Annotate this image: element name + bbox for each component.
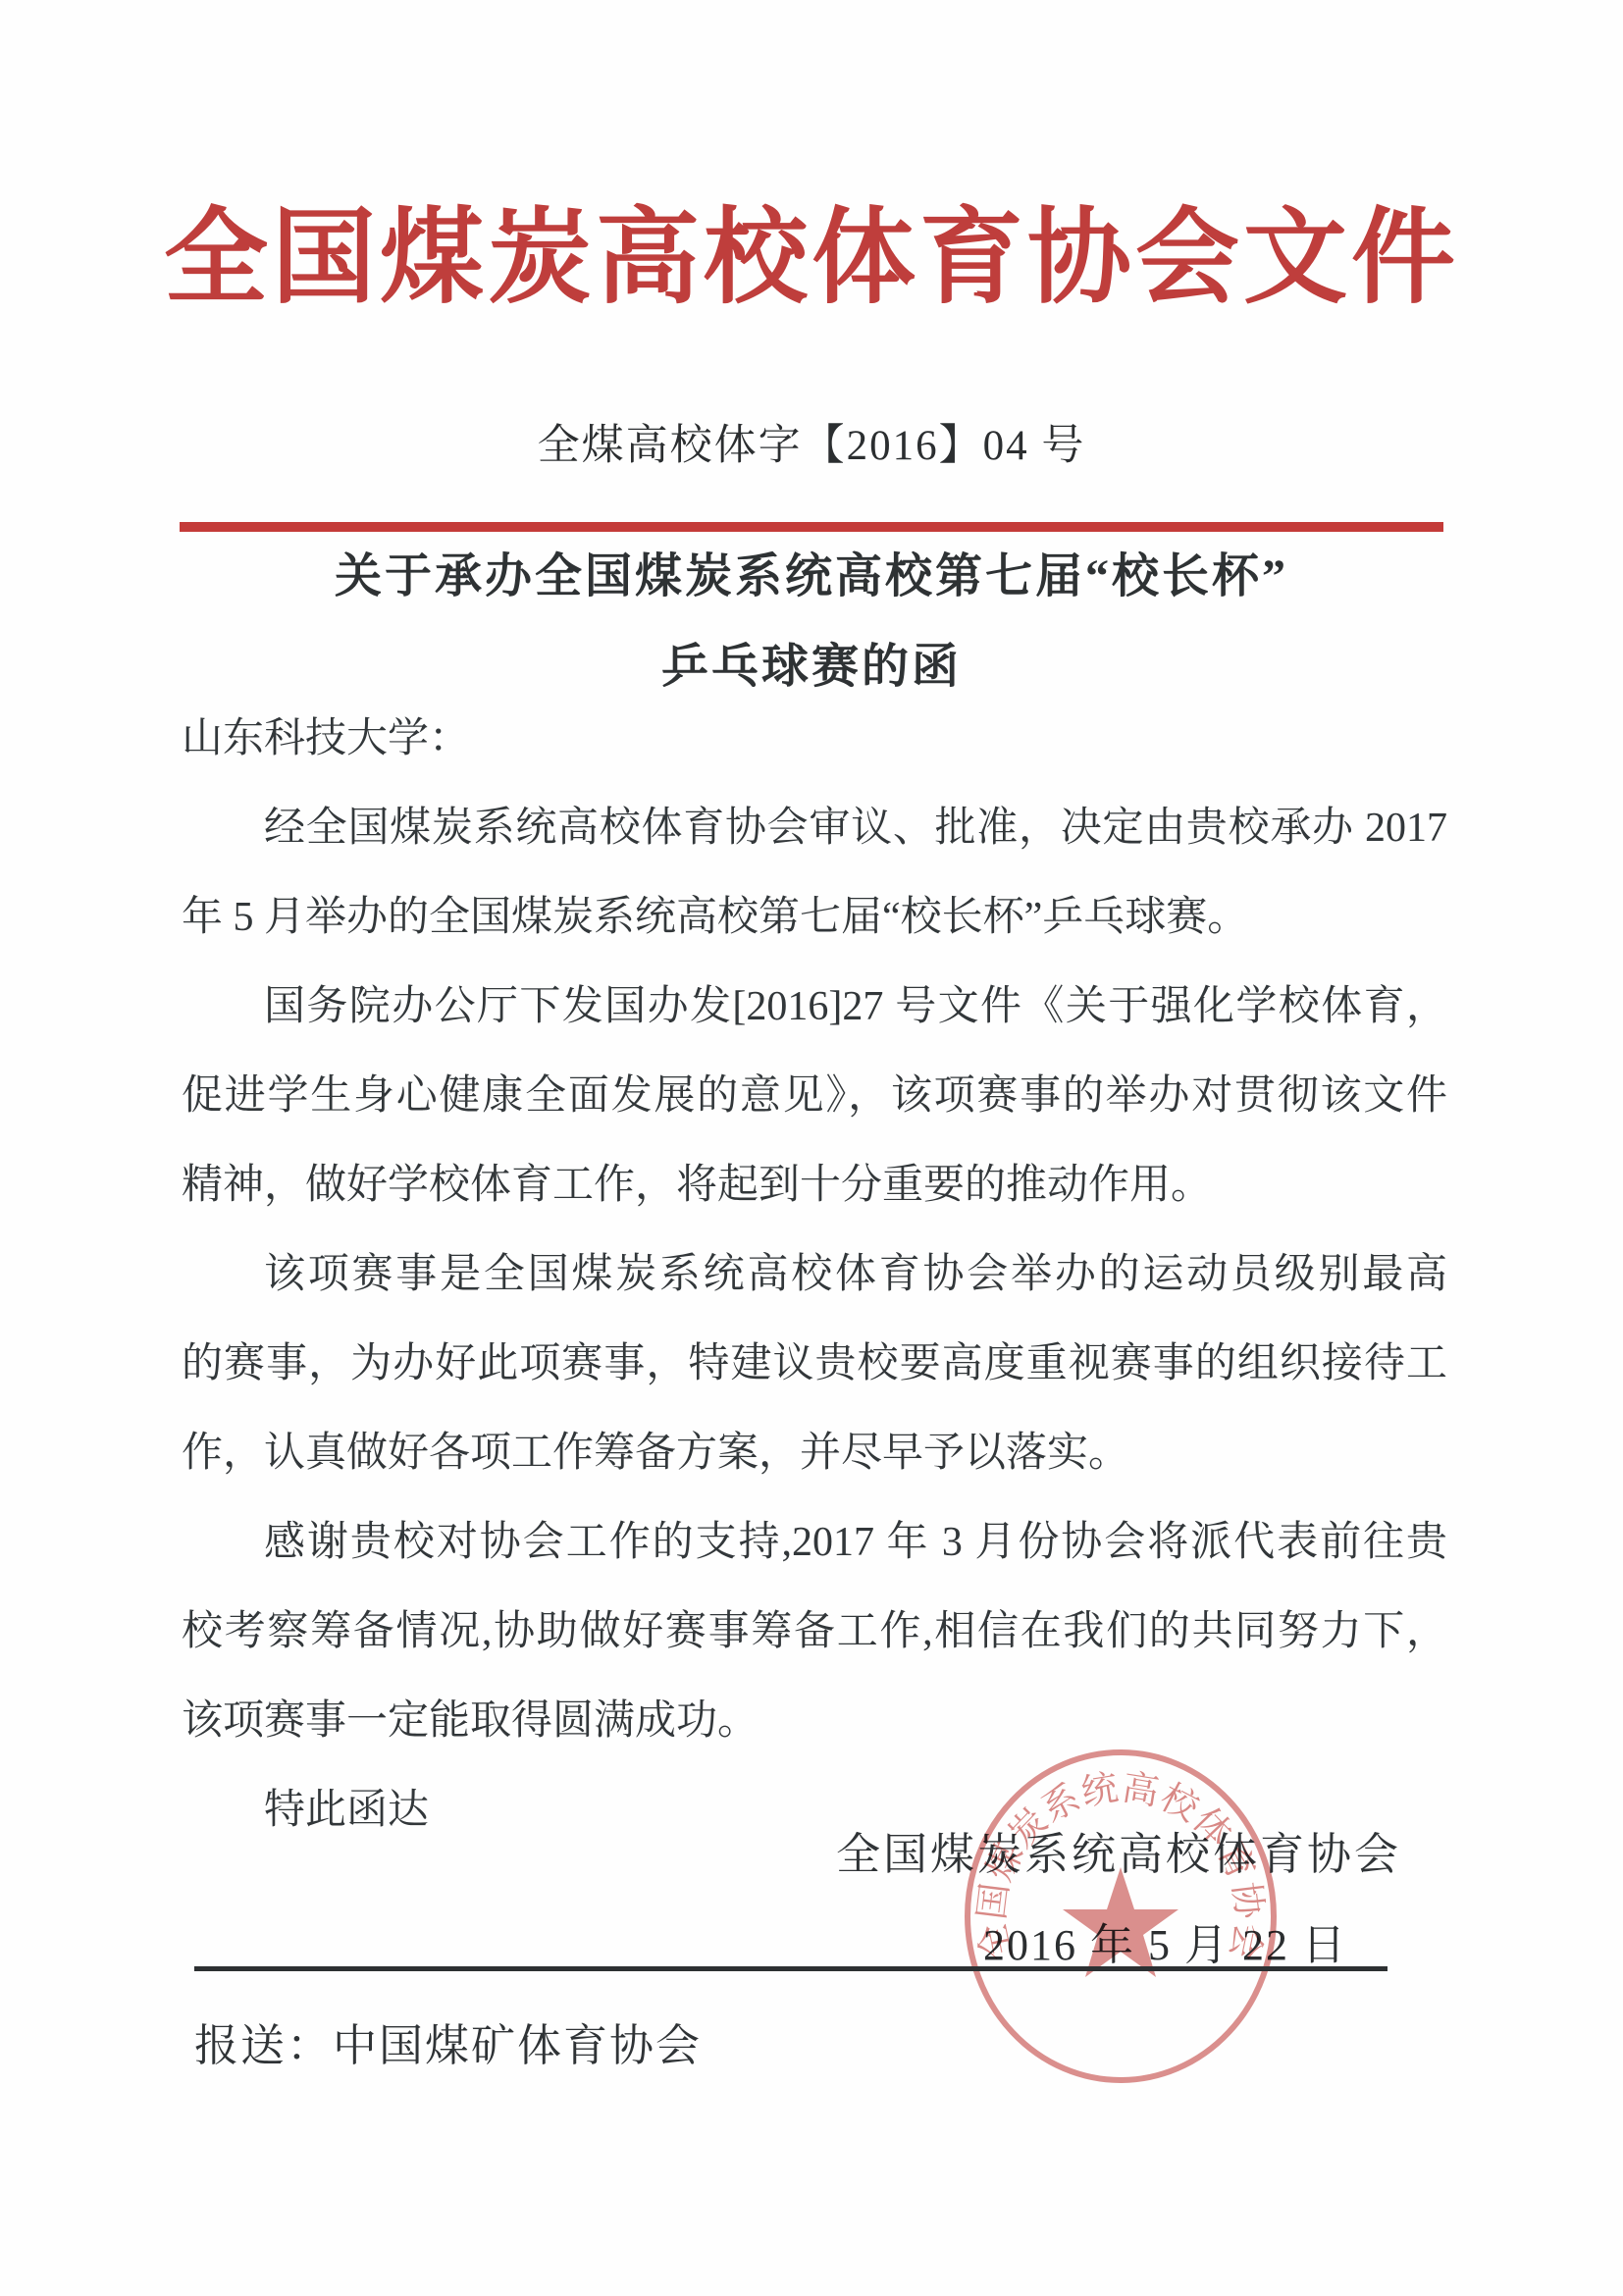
body-line: 促进学生身心健康全面发展的意见》，该项赛事的举办对贯彻该文件 [182, 1052, 1447, 1141]
signature-date: 2016 年 5 月 22 日 [983, 1909, 1347, 1972]
body-line: 感谢贵校对协会工作的支持,2017 年 3 月份协会将派代表前往贵 [182, 1498, 1447, 1588]
salutation: 山东科技大学： [182, 695, 1447, 784]
report-to-line: 报送：中国煤矿体育协会 [194, 2009, 702, 2073]
body-line: 的赛事，为办好此项赛事，特建议贵校要高度重视赛事的组织接待工 [182, 1320, 1447, 1409]
body-line: 精神，做好学校体育工作，将起到十分重要的推动作用。 [182, 1141, 1447, 1230]
signature-org: 全国煤炭系统高校体育协会 [836, 1818, 1401, 1882]
body-line: 国务院办公厅下发国办发[2016]27 号文件《关于强化学校体育， [182, 963, 1447, 1052]
body-line: 年 5 月举办的全国煤炭系统高校第七届“校长杯”乒乓球赛。 [182, 873, 1447, 963]
subject-line-2: 乒乓球赛的函 [0, 628, 1623, 696]
letter-page: 全国煤炭高校体育协会文件 全煤高校体字【2016】04 号 关于承办全国煤炭系统… [0, 0, 1623, 2296]
doc-number: 全煤高校体字【2016】04 号 [0, 412, 1623, 472]
body-line: 该项赛事是全国煤炭系统高校体育协会举办的运动员级别最高 [182, 1230, 1447, 1320]
subject-line-1: 关于承办全国煤炭系统高校第七届“校长杯” [0, 538, 1623, 605]
red-divider [180, 522, 1443, 532]
footer-divider [194, 1966, 1387, 1971]
body-line: 经全国煤炭系统高校体育协会审议、批准，决定由贵校承办 2017 [182, 784, 1447, 873]
body-line: 该项赛事一定能取得圆满成功。 [182, 1677, 1447, 1766]
org-title: 全国煤炭高校体育协会文件 [0, 175, 1623, 324]
body-line: 作，认真做好各项工作筹备方案，并尽早予以落实。 [182, 1409, 1447, 1498]
letter-body: 山东科技大学： 经全国煤炭系统高校体育协会审议、批准，决定由贵校承办 2017 … [182, 695, 1447, 1855]
body-line: 校考察筹备情况,协助做好赛事筹备工作,相信在我们的共同努力下， [182, 1588, 1447, 1677]
